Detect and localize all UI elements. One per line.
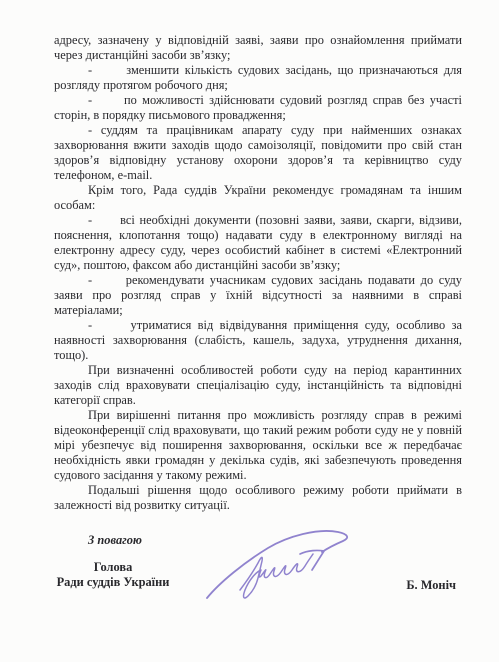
signature-scrawl-stroke bbox=[240, 554, 313, 598]
signer-title-line1: Голова bbox=[56, 560, 170, 575]
body-paragraph: адресу, зазначену у відповідній заяві, з… bbox=[54, 33, 462, 63]
body-paragraph: При вирішенні питання про можливість роз… bbox=[54, 408, 462, 483]
handwritten-signature bbox=[200, 510, 370, 620]
letter-page: адресу, зазначену у відповідній заяві, з… bbox=[0, 0, 499, 662]
body-paragraph: Подальші рішення щодо особливого режиму … bbox=[54, 483, 462, 513]
body-paragraph-bullet: - утриматися від відвідування приміщення… bbox=[54, 318, 462, 363]
body-paragraph: При визначенні особливостей роботи суду … bbox=[54, 363, 462, 408]
body-paragraph: Крім того, Рада суддів України рекоменду… bbox=[54, 183, 462, 213]
closing-block: З повагою Голова Ради суддів України Б. … bbox=[54, 533, 462, 662]
signer-title-line2: Ради суддів України bbox=[56, 575, 170, 590]
signer-title: Голова Ради суддів України bbox=[56, 560, 170, 590]
body-paragraph-bullet: - всі необхідні документи (позовні заяви… bbox=[54, 213, 462, 273]
letter-body: адресу, зазначену у відповідній заяві, з… bbox=[54, 33, 462, 513]
body-paragraph-bullet: - зменшити кількість судових засідань, щ… bbox=[54, 63, 462, 93]
body-paragraph-bullet: - суддям та працівникам апарату суду при… bbox=[54, 123, 462, 183]
body-paragraph-bullet: - по можливості здійснювати судовий розг… bbox=[54, 93, 462, 123]
signer-name: Б. Моніч bbox=[406, 578, 456, 593]
signature-loop-stroke bbox=[207, 531, 347, 598]
body-paragraph-bullet: - рекомендувати учасникам судових засіда… bbox=[54, 273, 462, 318]
salutation: З повагою bbox=[88, 533, 142, 548]
